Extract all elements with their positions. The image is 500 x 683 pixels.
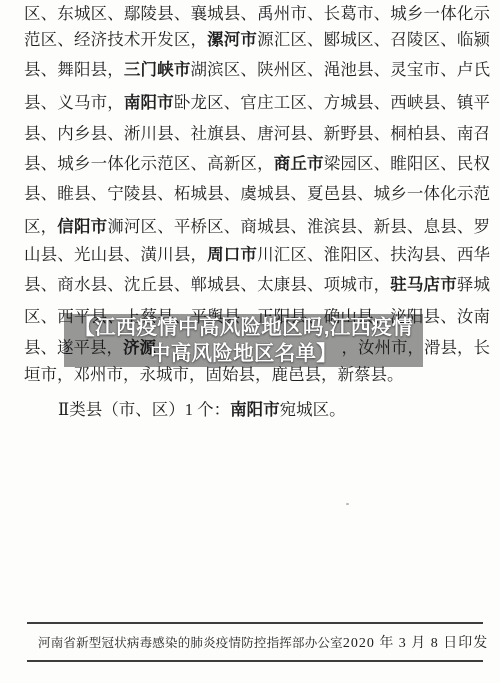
caption-line-2: 中高风险地区名单】	[150, 341, 337, 367]
text-line: 县、城乡一体化示范区、高新区，商丘市梁园区、睢阳区、民权	[24, 153, 490, 175]
text-line: 垣市，邓州市，永城市，固始县，鹿邑县，新蔡县。	[24, 364, 490, 386]
city-name-bold: 驻马店市	[390, 275, 457, 294]
city-name-bold: 漯河市	[207, 30, 257, 49]
text-segment: 源汇区、郾城区、召陵区、临颍	[257, 30, 490, 49]
city-name-bold: 信阳市	[57, 217, 107, 236]
text-segment: 县、义马市，	[24, 93, 124, 112]
footer-rule-bottom	[27, 660, 483, 662]
text-segment: 范区、经济技术开发区，	[24, 30, 207, 49]
footer-issuing-office: 河南省新型冠状病毒感染的肺炎疫情防控指挥部办公室	[27, 633, 343, 651]
text-line: 县、内乡县、淅川县、社旗县、唐河县、新野县、桐柏县、南召	[24, 123, 490, 145]
footer-row: 河南省新型冠状病毒感染的肺炎疫情防控指挥部办公室 2020 年 3 月 8 日印…	[27, 630, 483, 654]
caption-overlay: 【江西疫情中高风险地区吗,江西疫情 中高风险地区名单】	[64, 314, 423, 367]
footer-rule-top	[27, 622, 483, 624]
text-line: 范区、经济技术开发区，漯河市源汇区、郾城区、召陵区、临颍	[24, 29, 490, 51]
text-line: 县、睢县、宁陵县、柘城县、虞城县、夏邑县、城乡一体化示范	[24, 183, 490, 205]
text-line: 区、东城区、鄢陵县、襄城县、禹州市、长葛市、城乡一体化示	[24, 3, 490, 25]
text-segment: Ⅱ类县（市、区）1 个：	[58, 400, 230, 419]
text-segment: 县、睢县、宁陵县、柘城县、虞城县、夏邑县、城乡一体化示范	[24, 184, 490, 203]
text-segment: 宛城区。	[280, 400, 346, 419]
text-line: 县、舞阳县，三门峡市湖滨区、陕州区、渑池县、灵宝市、卢氏	[24, 59, 490, 81]
text-segment: 卧龙区、官庄工区、方城县、西峡县、镇平	[174, 93, 490, 112]
caption-line-1: 【江西疫情中高风险地区吗,江西疫情	[74, 315, 413, 341]
text-segment: 川汇区、淮阳区、扶沟县、西华	[257, 245, 490, 264]
text-segment: 山县、光山县、潢川县，	[24, 245, 207, 264]
text-line: 县、义马市，南阳市卧龙区、官庄工区、方城县、西峡县、镇平	[24, 92, 490, 114]
footer-print-date: 2020 年 3 月 8 日印发	[343, 632, 499, 652]
scan-speck	[346, 503, 349, 505]
text-segment: 县、城乡一体化示范区、高新区，	[24, 154, 274, 173]
city-name-bold: 周口市	[207, 245, 257, 264]
city-name-bold: 南阳市	[124, 93, 174, 112]
text-segment: 区、东城区、鄢陵县、襄城县、禹州市、长葛市、城乡一体化示	[24, 4, 490, 23]
text-segment: 浉河区、平桥区、商城县、淮滨县、新县、息县、罗	[107, 217, 490, 236]
city-name-bold: 商丘市	[274, 154, 324, 173]
text-segment: 梁园区、睢阳区、民权	[324, 154, 490, 173]
text-segment: 驿城	[457, 275, 490, 294]
text-segment: 湖滨区、陕州区、渑池县、灵宝市、卢氏	[190, 60, 490, 79]
city-name-bold: 三门峡市	[124, 60, 191, 79]
text-line: 区，信阳市浉河区、平桥区、商城县、淮滨县、新县、息县、罗	[24, 216, 490, 238]
scanned-document-page: 区、东城区、鄢陵县、襄城县、禹州市、长葛市、城乡一体化示范区、经济技术开发区，漯…	[0, 0, 500, 683]
text-line: 山县、光山县、潢川县，周口市川汇区、淮阳区、扶沟县、西华	[24, 244, 490, 266]
city-name-bold: 南阳市	[230, 400, 280, 419]
text-line: Ⅱ类县（市、区）1 个：南阳市宛城区。	[24, 399, 500, 421]
text-segment: 垣市，邓州市，永城市，固始县，鹿邑县，新蔡县。	[24, 365, 404, 384]
text-segment: 县、商水县、沈丘县、郸城县、太康县、项城市，	[24, 275, 390, 294]
text-segment: 区，	[24, 217, 57, 236]
text-line: 县、商水县、沈丘县、郸城县、太康县、项城市，驻马店市驿城	[24, 274, 490, 296]
text-segment: 县、内乡县、淅川县、社旗县、唐河县、新野县、桐柏县、南召	[24, 124, 490, 143]
text-segment: 县、舞阳县，	[24, 60, 124, 79]
